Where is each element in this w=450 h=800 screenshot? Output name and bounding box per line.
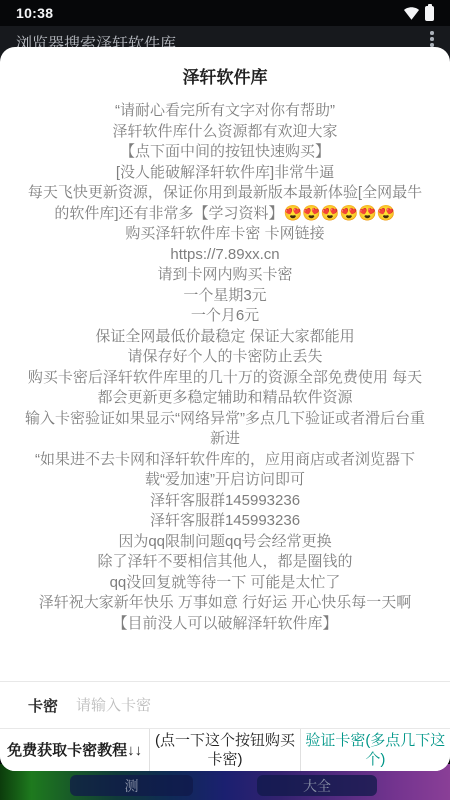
dialog-body-line: 购买泽轩软件库卡密 卡网链接: [24, 224, 426, 245]
dialog-body-line: 【点下面中间的按钮快速购买】: [24, 142, 426, 163]
card-key-input-row: 卡密: [0, 681, 450, 728]
verify-card-key-button[interactable]: 验证卡密(多点几下这个): [300, 729, 450, 771]
card-key-label: 卡密: [28, 695, 58, 716]
dialog-body-line: 输入卡密验证如果显示“网络异常”多点几下验证或者滑后台重新进: [24, 409, 426, 450]
background-button-ce[interactable]: 测: [70, 775, 193, 796]
dialog-body-line: 泽轩客服群145993236: [24, 491, 426, 512]
dialog-body-line: 泽轩客服群145993236: [24, 511, 426, 532]
dialog-body-line: 【目前没人可以破解泽轩软件库】: [24, 614, 426, 635]
card-key-input[interactable]: [74, 696, 422, 715]
dialog-body-line: https://7.89xx.cn: [24, 245, 426, 266]
dialog-body-line: qq没回复就等待一下 可能是太忙了: [24, 573, 426, 594]
dialog-body-line: “请耐心看完所有文字对你有帮助”: [24, 101, 426, 122]
background-button-daquan[interactable]: 大全: [257, 775, 377, 796]
free-tutorial-button[interactable]: 免费获取卡密教程↓↓: [0, 729, 149, 771]
dialog-body-line: 泽轩软件库什么资源都有欢迎大家: [24, 122, 426, 143]
dialog-body-line: 请到卡网内购买卡密: [24, 265, 426, 286]
dialog-body-line: 一个星期3元: [24, 286, 426, 307]
status-bar: 10:38: [0, 0, 450, 26]
status-time: 10:38: [16, 5, 53, 21]
dialog-body-line: 请保存好个人的卡密防止丢失: [24, 347, 426, 368]
dialog-body: “请耐心看完所有文字对你有帮助” 泽轩软件库什么资源都有欢迎大家 【点下面中间的…: [0, 101, 450, 634]
dialog-body-line: “如果进不去卡网和泽轩软件库的，应用商店或者浏览器下载“爱加速”开启访问即可: [24, 450, 426, 491]
dialog-body-line: 保证全网最低价最稳定 保证大家都能用: [24, 327, 426, 348]
status-icons: [404, 6, 434, 21]
wifi-icon: [404, 7, 419, 20]
dialog-body-line: 购买卡密后泽轩软件库里的几十万的资源全部免费使用 每天都会更新更多稳定辅助和精品…: [24, 368, 426, 409]
dialog-body-line: 一个月6元: [24, 306, 426, 327]
dialog-body-line: 除了泽轩不要相信其他人，都是圈钱的: [24, 552, 426, 573]
dialog-body-line: [没人能破解泽轩软件库]非常牛逼: [24, 163, 426, 184]
dialog-title: 泽轩软件库: [0, 47, 450, 90]
dialog-body-line: 泽轩祝大家新年快乐 万事如意 行好运 开心快乐每一天啊: [24, 593, 426, 614]
dialog-body-line: 每天飞快更新资源，保证你用到最新版本最新体验[全网最牛的软件库]还有非常多【学习…: [24, 183, 426, 224]
dialog-body-line: 因为qq限制问题qq号会经常更换: [24, 532, 426, 553]
dialog-card: 泽轩软件库 “请耐心看完所有文字对你有帮助” 泽轩软件库什么资源都有欢迎大家 【…: [0, 47, 450, 771]
dialog-action-row: 免费获取卡密教程↓↓ (点一下这个按钮购买卡密) 验证卡密(多点几下这个): [0, 728, 450, 771]
phone-screen: 10:38 浏览器搜索泽轩软件库 测 大全 泽轩软件库 “请耐心看完所有文字对你…: [0, 0, 450, 800]
buy-card-key-button[interactable]: (点一下这个按钮购买卡密): [149, 729, 299, 771]
battery-icon: [425, 6, 434, 21]
